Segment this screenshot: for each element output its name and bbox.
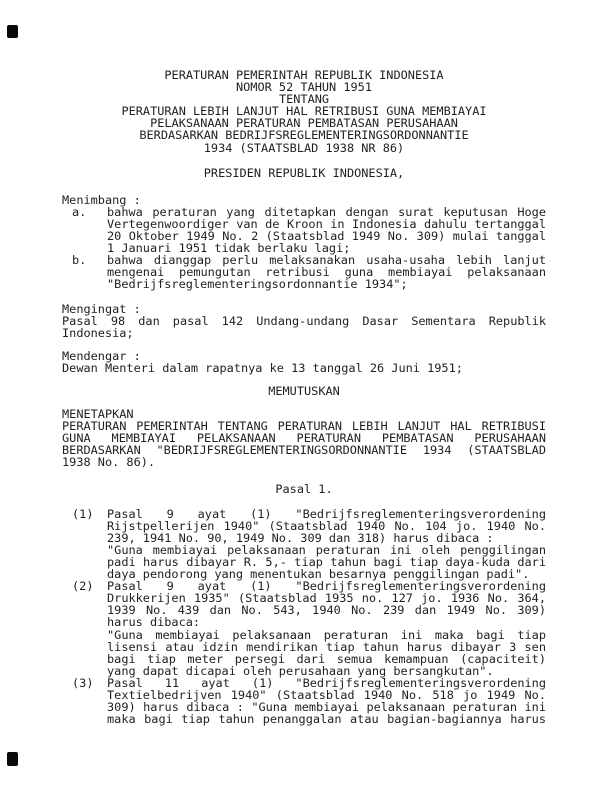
section-mengingat: Mengingat : Pasal 98 dan pasal 142 Undan…	[62, 303, 546, 339]
pasal-1-item-2-label: (2)	[72, 580, 93, 592]
text-line: "Guna membiayai pelaksanaan peraturan in…	[107, 629, 546, 641]
pasal-1-item-1: (1) Pasal 9 ayat (1) "Bedrijfsreglemente…	[62, 508, 546, 581]
text-line: harus dibaca:	[107, 616, 546, 628]
scan-corner-mark-bottom-left	[7, 752, 18, 766]
text-line: "Bedrijfsreglementeringsordonnantie 1934…	[107, 278, 546, 290]
text-line: Rijstpellerijen 1940" (Staatsblad 1940 N…	[107, 520, 546, 532]
section-menimbang: Menimbang : a. bahwa peraturan yang dite…	[62, 194, 546, 291]
text-line: 1938 No. 86).	[62, 456, 546, 468]
document-content: PERATURAN PEMERINTAH REPUBLIK INDONESIAN…	[62, 69, 546, 725]
text-line: maka bagi tiap tahun penanggalan atau ba…	[107, 713, 546, 725]
menimbang-item-b-label: b.	[72, 254, 86, 266]
text-line: 1934 (STAATSBLAD 1938 NR 86)	[62, 142, 546, 154]
memutuskan-heading: MEMUTUSKAN	[62, 385, 546, 397]
mengingat-heading: Mengingat :	[62, 303, 546, 315]
document-title: PERATURAN PEMERINTAH REPUBLIK INDONESIAN…	[62, 69, 546, 154]
menimbang-item-b: b. bahwa dianggap perlu melaksanakan usa…	[62, 254, 546, 290]
pasal-1-item-2-text: Pasal 9 ayat (1) "Bedrijfsreglementering…	[107, 580, 546, 677]
text-line: Dewan Menteri dalam rapatnya ke 13 tangg…	[62, 362, 546, 374]
section-mendengar: Mendengar : Dewan Menteri dalam rapatnya…	[62, 350, 546, 374]
pasal-1-item-3-text: Pasal 11 ayat (1) "Bedrijfsreglementerin…	[107, 677, 546, 725]
text-line: Pasal 98 dan pasal 142 Undang-undang Das…	[62, 315, 546, 327]
section-menetapkan: MENETAPKAN PERATURAN PEMERINTAH TENTANG …	[62, 408, 546, 468]
menetapkan-text: PERATURAN PEMERINTAH TENTANG PERATURAN L…	[62, 420, 546, 468]
menimbang-item-a: a. bahwa peraturan yang ditetapkan denga…	[62, 206, 546, 254]
pasal-1-items: (1) Pasal 9 ayat (1) "Bedrijfsreglemente…	[62, 508, 546, 726]
menimbang-item-b-text: bahwa dianggap perlu melaksanakan usaha-…	[107, 254, 546, 290]
pasal-1-item-2: (2) Pasal 9 ayat (1) "Bedrijfsreglemente…	[62, 580, 546, 677]
scan-corner-mark-top-left	[7, 25, 18, 38]
menimbang-item-a-text: bahwa peraturan yang ditetapkan dengan s…	[107, 206, 546, 254]
pasal-1-item-1-text: Pasal 9 ayat (1) "Bedrijfsreglementering…	[107, 508, 546, 581]
pasal-1-item-3: (3) Pasal 11 ayat (1) "Bedrijfsreglement…	[62, 677, 546, 725]
pasal-1-item-1-label: (1)	[72, 508, 93, 520]
text-line: BERDASARKAN BEDRIJFSREGLEMENTERINGSORDON…	[62, 129, 546, 141]
mengingat-text: Pasal 98 dan pasal 142 Undang-undang Das…	[62, 315, 546, 339]
pasal-1-item-3-label: (3)	[72, 677, 93, 689]
pasal-1-heading: Pasal 1.	[62, 483, 546, 495]
text-line: Indonesia;	[62, 327, 546, 339]
text-line: lisensi atau idzin mendirikan tiap tahun…	[107, 641, 546, 653]
mendengar-text: Dewan Menteri dalam rapatnya ke 13 tangg…	[62, 362, 546, 374]
text-line: Pasal 9 ayat (1) "Bedrijfsreglementering…	[107, 508, 546, 520]
salutation-line: PRESIDEN REPUBLIK INDONESIA,	[62, 167, 546, 179]
menimbang-item-a-label: a.	[72, 206, 86, 218]
document-page: PERATURAN PEMERINTAH REPUBLIK INDONESIAN…	[0, 0, 612, 792]
